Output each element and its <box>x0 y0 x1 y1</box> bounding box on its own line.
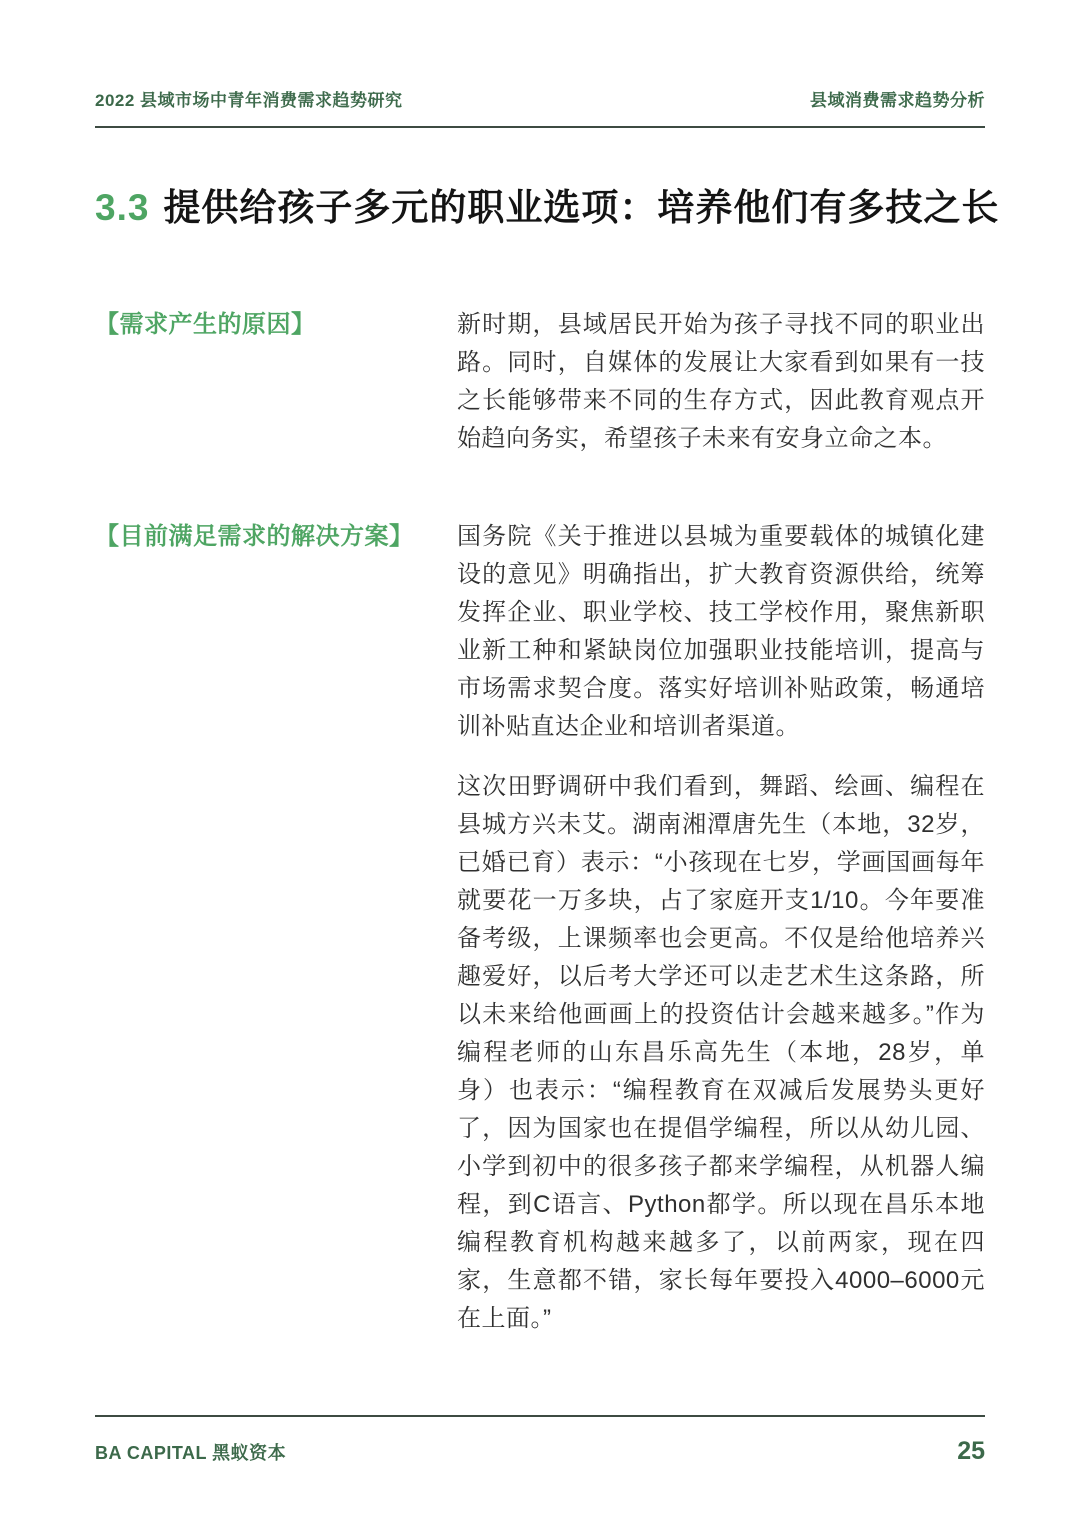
section-title: 3.3提供给孩子多元的职业选项：培养他们有多技之长 <box>95 184 985 232</box>
footer-divider <box>95 1415 985 1417</box>
reason-paragraph: 新时期，县域居民开始为孩子寻找不同的职业出路。同时，自媒体的发展让大家看到如果有… <box>457 306 985 458</box>
footer-row: BA CAPITAL 黑蚁资本 25 <box>95 1437 985 1466</box>
page-header: 2022 县域市场中青年消费需求趋势研究 县域消费需求趋势分析 <box>95 0 985 111</box>
solution-paragraph-policy: 国务院《关于推进以县城为重要载体的城镇化建设的意见》明确指出，扩大教育资源供给，… <box>457 518 985 746</box>
content-row-reason: 【需求产生的原因】 新时期，县域居民开始为孩子寻找不同的职业出路。同时，自媒体的… <box>95 306 985 458</box>
page-number: 25 <box>957 1437 985 1466</box>
content-row-solution: 【目前满足需求的解决方案】 国务院《关于推进以县城为重要载体的城镇化建设的意见》… <box>95 518 985 1338</box>
section-title-text: 提供给孩子多元的职业选项：培养他们有多技之长 <box>163 187 999 228</box>
section-number: 3.3 <box>95 187 149 228</box>
solution-paragraphs: 国务院《关于推进以县城为重要载体的城镇化建设的意见》明确指出，扩大教育资源供给，… <box>457 518 985 1338</box>
header-left-title: 2022 县域市场中青年消费需求趋势研究 <box>95 86 403 111</box>
footer-brand: BA CAPITAL 黑蚁资本 <box>95 1439 286 1465</box>
label-reason: 【需求产生的原因】 <box>95 306 457 344</box>
report-page: 2022 县域市场中青年消费需求趋势研究 县域消费需求趋势分析 3.3提供给孩子… <box>0 0 1080 1528</box>
label-solution: 【目前满足需求的解决方案】 <box>95 518 457 556</box>
page-footer: BA CAPITAL 黑蚁资本 25 <box>95 1415 985 1466</box>
header-divider <box>95 126 985 128</box>
header-right-title: 县域消费需求趋势分析 <box>810 86 985 111</box>
reason-paragraphs: 新时期，县域居民开始为孩子寻找不同的职业出路。同时，自媒体的发展让大家看到如果有… <box>457 306 985 458</box>
solution-paragraph-field-research: 这次田野调研中我们看到，舞蹈、绘画、编程在县城方兴未艾。湖南湘潭唐先生（本地，3… <box>457 768 985 1338</box>
